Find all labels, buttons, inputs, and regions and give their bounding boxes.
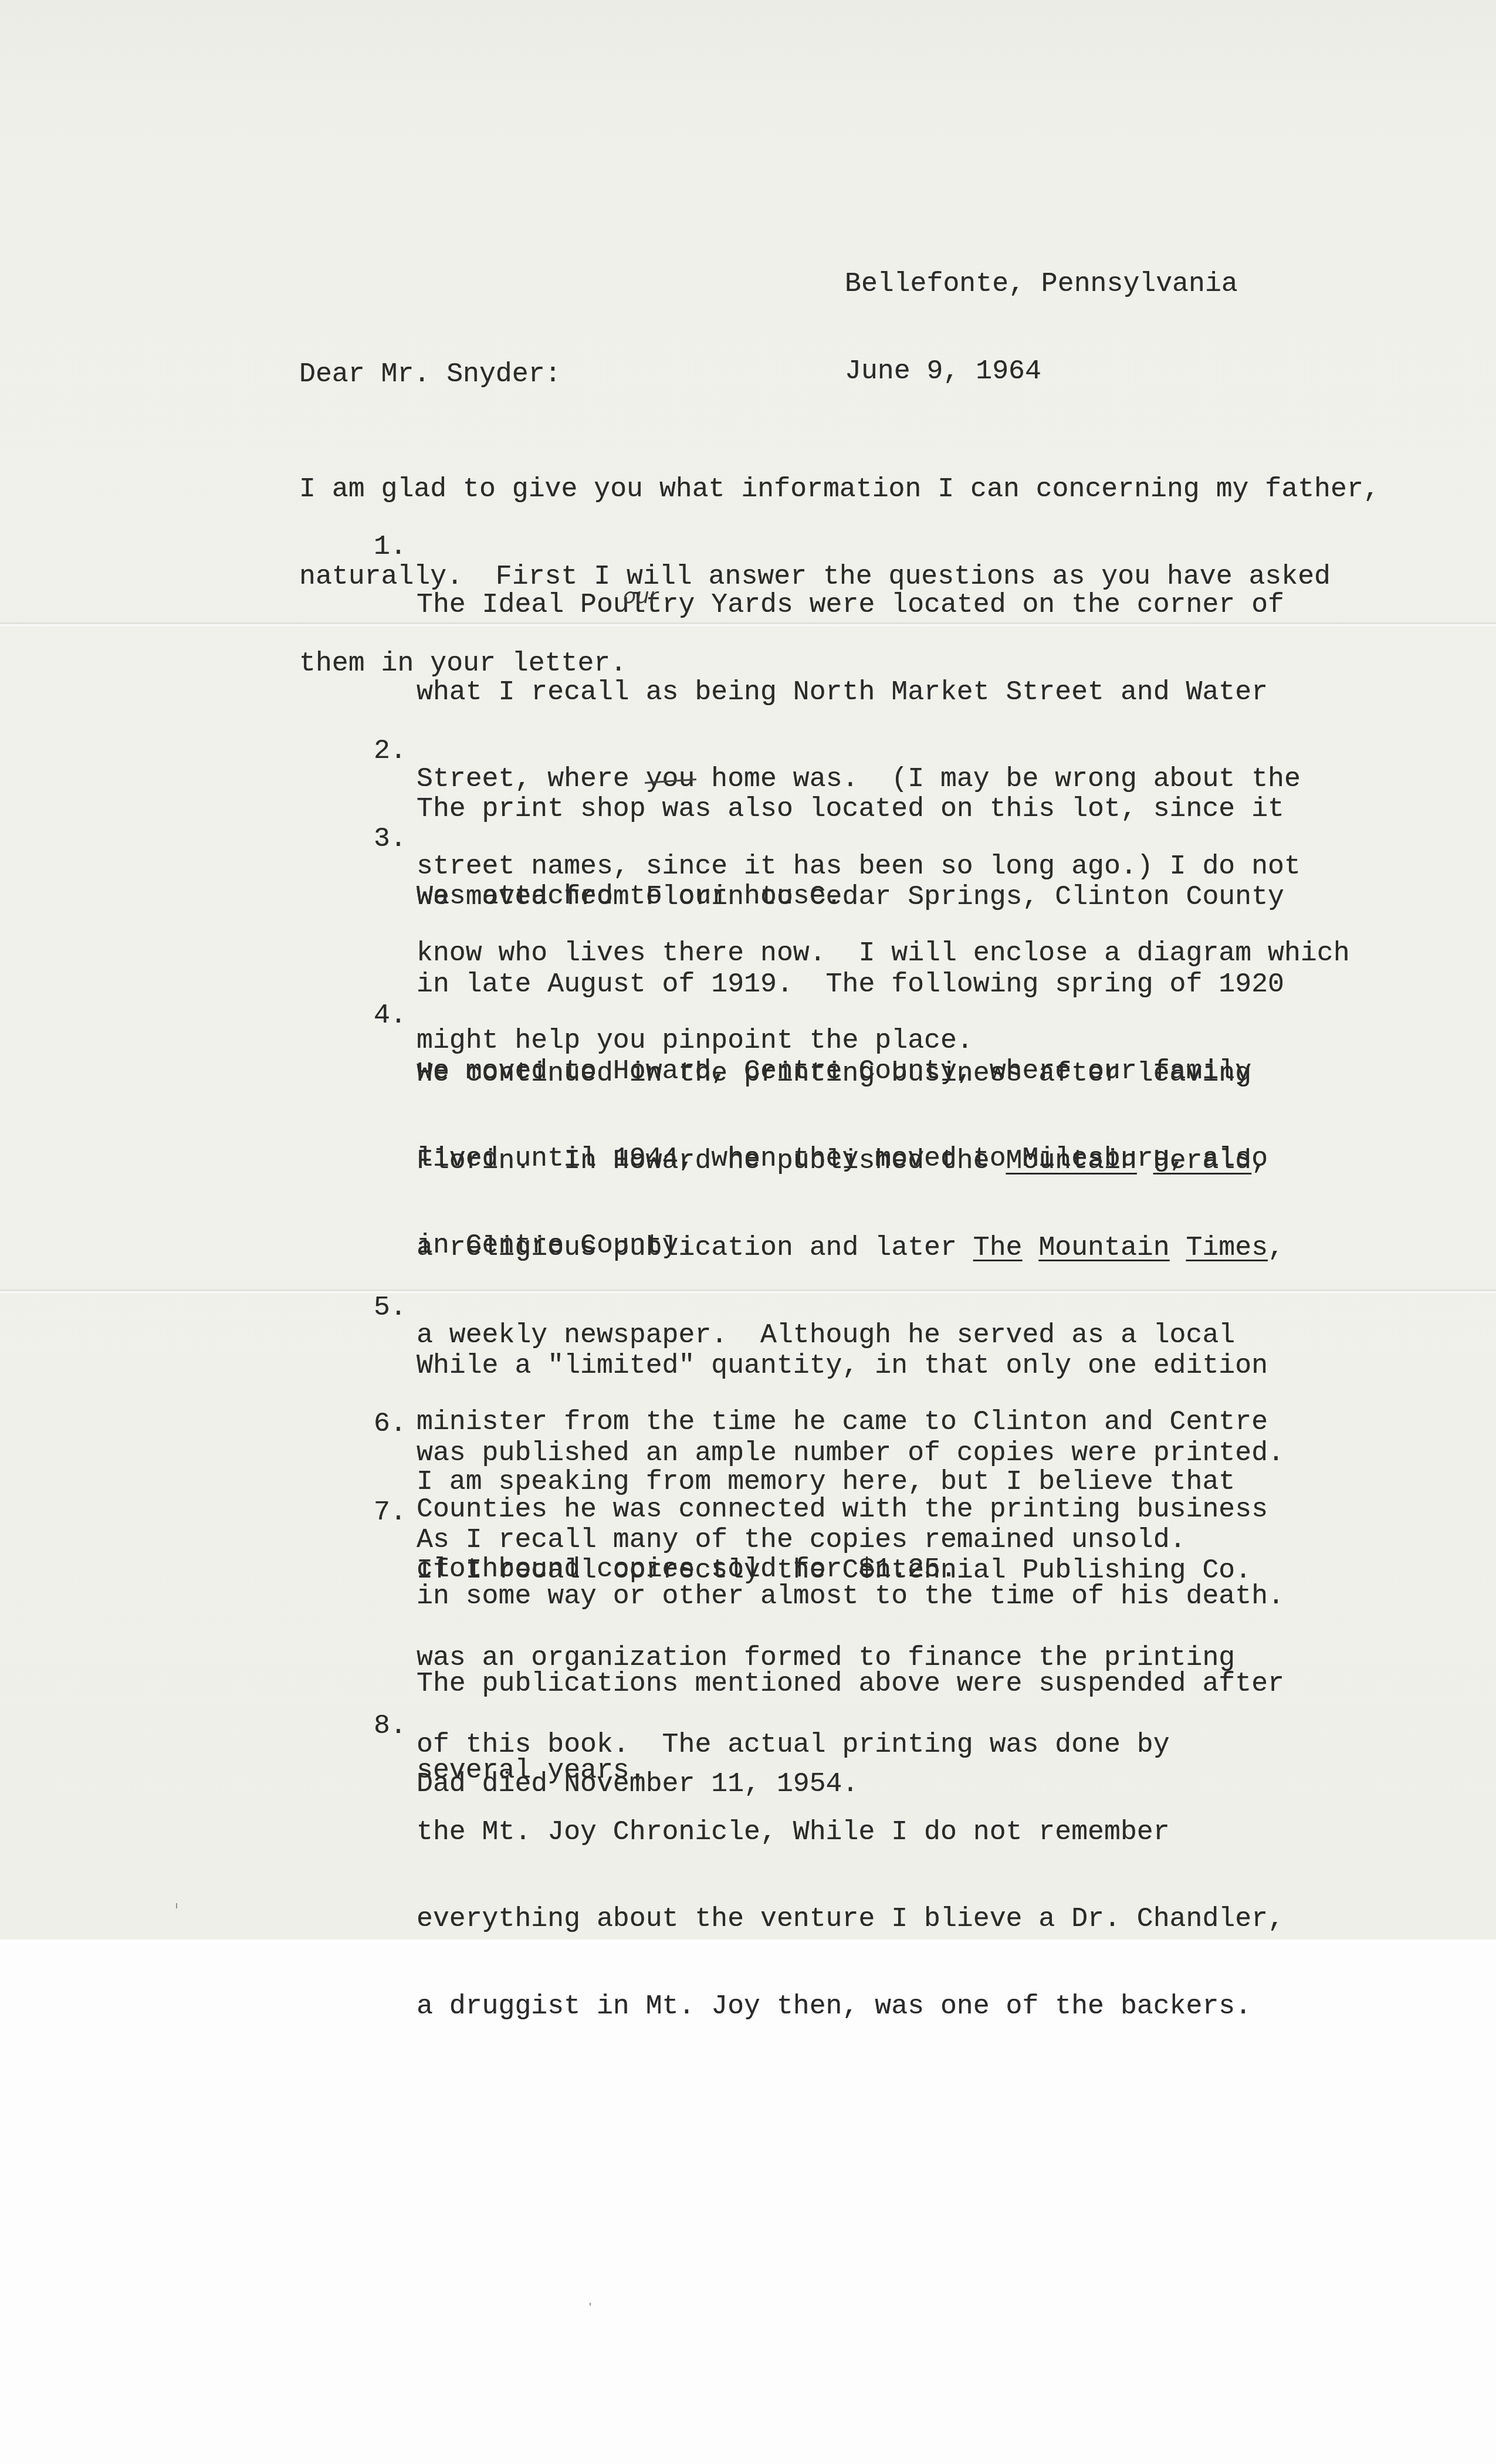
underlined-title-word: Herald	[1153, 1145, 1251, 1176]
line-segment: a religious publication and later	[417, 1232, 973, 1263]
paper-speck	[590, 2303, 591, 2306]
salutation: Dear Mr. Snyder:	[299, 360, 561, 389]
item-line: what I recall as being North Market Stre…	[417, 678, 1350, 707]
paper-speck	[176, 1903, 177, 1908]
intro-line: I am glad to give you what information I…	[299, 475, 1380, 504]
item-number: 6.	[374, 1409, 407, 1439]
item-line: I am speaking from memory here, but I be…	[417, 1467, 1235, 1497]
item-number: 7.	[374, 1498, 407, 1527]
item-line: We moved from Florin to Cedar Springs, C…	[417, 882, 1284, 912]
item-line: in late August of 1919. The following sp…	[417, 970, 1284, 999]
underlined-title-word: The	[973, 1232, 1023, 1263]
item-number: 3.	[374, 824, 407, 854]
item-line: If I recall correctly the Centennial Pub…	[417, 1556, 1284, 1585]
item-line: a religious publication and later The Mo…	[417, 1233, 1284, 1263]
line-segment	[1022, 1232, 1038, 1263]
line-segment	[1137, 1145, 1153, 1176]
item-line: While a "limited" quantity, in that only…	[417, 1351, 1284, 1380]
item-number: 4.	[374, 1001, 407, 1030]
underlined-title-word: Mountain	[1006, 1145, 1137, 1176]
item-line: He continued in the printing business af…	[417, 1059, 1284, 1088]
sender-location: Bellefonte, Pennsylvania	[845, 269, 1238, 299]
item-line: The Ideal Poultry Yards were located on …	[417, 590, 1350, 620]
item-number: 8.	[374, 1711, 407, 1741]
line-segment	[1170, 1232, 1186, 1263]
item-line: was an organization formed to finance th…	[417, 1643, 1284, 1673]
item-line: Dad died November 11, 1954.	[417, 1769, 858, 1799]
item-text: Dad died November 11, 1954.	[417, 1711, 858, 1857]
item-line: The print shop was also located on this …	[417, 794, 1284, 824]
letter-header: Bellefonte, Pennsylvania June 9, 1964	[845, 211, 1238, 415]
line-segment: ,	[1268, 1232, 1284, 1263]
item-line: everything about the venture I blieve a …	[417, 1904, 1284, 1934]
item-number: 5.	[374, 1293, 407, 1322]
item-number: 2.	[374, 736, 407, 766]
item-line: Florin. In Howard he published the Mount…	[417, 1146, 1284, 1176]
line-segment: Florin. In Howard he published the	[417, 1145, 1006, 1176]
underlined-title-word: Mountain	[1038, 1232, 1169, 1263]
underlined-title-word: Times	[1186, 1232, 1268, 1263]
line-segment: ,	[1251, 1145, 1268, 1176]
handwritten-correction: our	[623, 584, 658, 608]
item-number: 1.	[374, 532, 407, 561]
letter-date: June 9, 1964	[845, 357, 1238, 386]
item-line: a druggist in Mt. Joy then, was one of t…	[417, 1992, 1284, 2021]
